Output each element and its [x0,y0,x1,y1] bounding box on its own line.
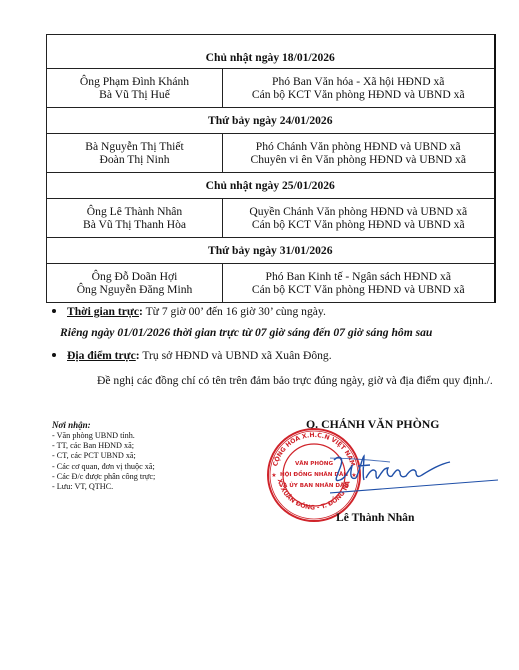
roles-cell: Phó Chánh Văn phòng HĐND và UBND xã Chuy… [223,134,495,173]
recipient-item: - CT, các PCT UBND xã; [52,451,155,461]
people-cell: Ông Đỗ Doãn Hợi Ông Nguyễn Đăng Minh [47,264,223,303]
person-name: Bà Nguyễn Thị Thiết [47,140,222,153]
day-header-row: Thứ bảy ngày 24/01/2026 [47,108,495,134]
recipients-title: Nơi nhận: [52,420,155,431]
day-header: Chủ nhật ngày 18/01/2026 [47,35,495,69]
roles-cell: Phó Ban Văn hóa - Xã hội HĐND xã Cán bộ … [223,69,495,108]
person-role: Cán bộ KCT Văn phòng HĐND và UBND xã [223,218,494,231]
person-role: Cán bộ KCT Văn phòng HĐND và UBND xã [223,88,494,101]
recipient-item: - Lưu: VT, QTHC. [52,482,155,492]
people-cell: Ông Lê Thành Nhân Bà Vũ Thị Thanh Hòa [47,199,223,238]
signer-name: Lê Thành Nhân [336,511,414,524]
day-header-row: Chủ nhật ngày 18/01/2026 [47,35,495,69]
request-paragraph: Đề nghị các đồng chí có tên trên đảm bảo… [52,372,497,389]
person-role: Phó Chánh Văn phòng HĐND và UBND xã [223,140,494,153]
roles-cell: Phó Ban Kinh tế - Ngân sách HĐND xã Cán … [223,264,495,303]
duty-time-line: Thời gian trực: Từ 7 giờ 00’ đến 16 giờ … [52,305,326,318]
duty-time-text: Từ 7 giờ 00’ đến 16 giờ 30’ cùng ngày. [143,305,326,318]
recipient-item: - Văn phòng UBND tỉnh. [52,431,155,441]
person-name: Đoàn Thị Ninh [47,153,222,166]
recipients-block: Nơi nhận: - Văn phòng UBND tỉnh. - TT, c… [52,420,155,492]
day-header-row: Chủ nhật ngày 25/01/2026 [47,173,495,199]
bullet-icon [52,309,56,313]
roles-cell: Quyền Chánh Văn phòng HĐND và UBND xã Cá… [223,199,495,238]
person-name: Ông Nguyễn Đăng Minh [47,283,222,296]
duty-place-text: Trụ sở HĐND và UBND xã Xuân Đông. [140,349,332,362]
recipient-item: - Các Đ/c được phân công trực; [52,472,155,482]
day-header-row: Thứ bảy ngày 31/01/2026 [47,238,495,264]
person-name: Ông Đỗ Doãn Hợi [47,270,222,283]
people-cell: Ông Phạm Đình Khánh Bà Vũ Thị Huế [47,69,223,108]
table-row: Ông Lê Thành Nhân Bà Vũ Thị Thanh Hòa Qu… [47,199,495,238]
person-name: Bà Vũ Thị Thanh Hòa [47,218,222,231]
person-role: Chuyên vi ên Văn phòng HĐND và UBND xã [223,153,494,166]
people-cell: Bà Nguyễn Thị Thiết Đoàn Thị Ninh [47,134,223,173]
recipient-item: - TT, các Ban HĐND xã; [52,441,155,451]
svg-text:★: ★ [271,472,276,479]
person-name: Bà Vũ Thị Huế [47,88,222,101]
person-role: Phó Ban Văn hóa - Xã hội HĐND xã [223,75,494,88]
person-role: Phó Ban Kinh tế - Ngân sách HĐND xã [223,270,494,283]
duty-time-label: Thời gian trực [67,305,139,318]
day-header: Thứ bảy ngày 24/01/2026 [47,108,495,134]
duty-place-label: Địa điểm trực [67,349,136,362]
special-note: Riêng ngày 01/01/2026 thời gian trực từ … [60,326,432,339]
recipient-item: - Các cơ quan, đơn vị thuộc xã; [52,462,155,472]
day-header: Thứ bảy ngày 31/01/2026 [47,238,495,264]
bullet-icon [52,353,56,357]
person-name: Ông Lê Thành Nhân [47,205,222,218]
table-row: Ông Đỗ Doãn Hợi Ông Nguyễn Đăng Minh Phó… [47,264,495,303]
person-role: Cán bộ KCT Văn phòng HĐND và UBND xã [223,283,494,296]
table-row: Bà Nguyễn Thị Thiết Đoàn Thị Ninh Phó Ch… [47,134,495,173]
signature [330,450,500,500]
table-row: Ông Phạm Đình Khánh Bà Vũ Thị Huế Phó Ba… [47,69,495,108]
person-name: Ông Phạm Đình Khánh [47,75,222,88]
duty-schedule-table: Chủ nhật ngày 18/01/2026 Ông Phạm Đình K… [46,34,496,303]
stamp-inner-line: VĂN PHÒNG [295,460,334,467]
duty-place-line: Địa điểm trực: Trụ sở HĐND và UBND xã Xu… [52,349,332,362]
person-role: Quyền Chánh Văn phòng HĐND và UBND xã [223,205,494,218]
day-header: Chủ nhật ngày 25/01/2026 [47,173,495,199]
